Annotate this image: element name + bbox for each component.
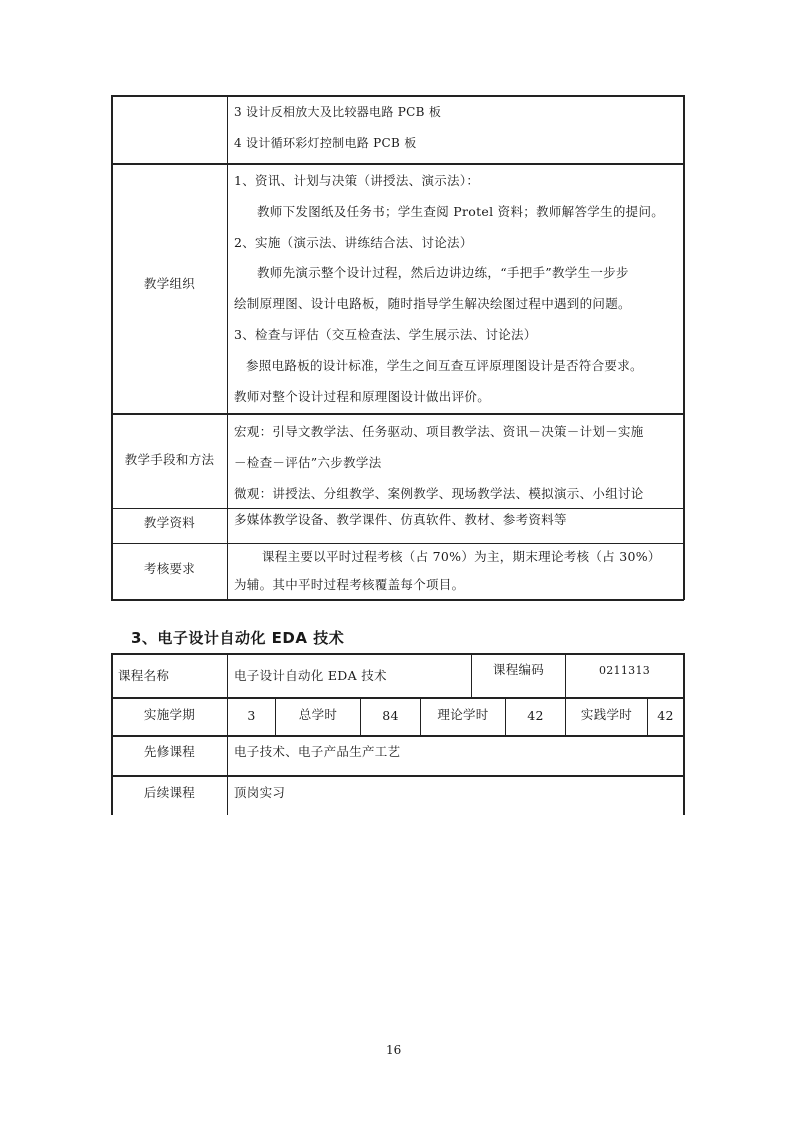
table-cell-text: 3、检查与评估（交互检查法、学生展示法、讨论法） bbox=[234, 328, 537, 342]
table1-border-right bbox=[683, 95, 685, 600]
course-name-value: 电子设计自动化 EDA 技术 bbox=[234, 669, 387, 683]
table-cell-text: 宏观：引导文教学法、任务驱动、项目教学法、资讯－决策－计划－实施 bbox=[234, 425, 644, 439]
total-hours-value: 84 bbox=[361, 709, 420, 723]
table-cell-text: 绘制原理图、设计电路板，随时指导学生解决绘图过程中遇到的问题。 bbox=[234, 297, 631, 311]
theory-hours-label: 理论学时 bbox=[421, 708, 505, 722]
course-code-label: 课程编码 bbox=[472, 663, 565, 677]
followup-label: 后续课程 bbox=[112, 786, 227, 800]
table-cell-text: 为辅。其中平时过程考核覆盖每个项目。 bbox=[234, 578, 464, 592]
table2-border-top bbox=[111, 653, 684, 655]
table2-row-divider bbox=[111, 697, 684, 699]
semester-value: 3 bbox=[228, 709, 275, 723]
course-code-value: 0211313 bbox=[566, 664, 683, 678]
prereq-value: 电子技术、电子产品生产工艺 bbox=[234, 745, 400, 759]
table1-row-divider bbox=[111, 543, 684, 544]
prereq-label: 先修课程 bbox=[112, 745, 227, 759]
table-cell-text: 课程主要以平时过程考核（占 70%）为主，期末理论考核（占 30%） bbox=[262, 550, 661, 564]
table1-border-bottom bbox=[111, 599, 684, 601]
table-cell-text: 多媒体教学设备、教学课件、仿真软件、教材、参考资料等 bbox=[234, 513, 567, 527]
table-cell-text: 参照电路板的设计标准，学生之间互查互评原理图设计是否符合要求。 bbox=[246, 359, 643, 373]
table-cell-text: 教师下发图纸及任务书；学生查阅 Protel 资料；教师解答学生的提问。 bbox=[257, 205, 664, 219]
table-cell-text: 微观：讲授法、分组教学、案例教学、现场教学法、模拟演示、小组讨论 bbox=[234, 487, 644, 501]
row-label-assessment: 考核要求 bbox=[112, 562, 227, 576]
table2-row-divider bbox=[111, 775, 684, 777]
row-label-teaching-organization: 教学组织 bbox=[112, 277, 227, 291]
table-cell-text: 教师先演示整个设计过程，然后边讲边练，“手把手”教学生一步步 bbox=[257, 266, 629, 280]
row-label-teaching-methods: 教学手段和方法 bbox=[112, 453, 227, 467]
table1-col-divider bbox=[227, 95, 228, 600]
page-number: 16 bbox=[386, 1043, 401, 1057]
table1-border-top bbox=[111, 95, 684, 97]
table1-row-divider bbox=[111, 163, 684, 165]
total-hours-label: 总学时 bbox=[276, 708, 360, 722]
semester-label: 实施学期 bbox=[112, 708, 227, 722]
table-cell-text: 1、资讯、计划与决策（讲授法、演示法）： bbox=[234, 174, 479, 188]
table1-row-divider bbox=[111, 413, 684, 415]
practice-hours-label: 实践学时 bbox=[566, 708, 647, 722]
table-cell-text: 教师对整个设计过程和原理图设计做出评价。 bbox=[234, 390, 490, 404]
theory-hours-value: 42 bbox=[506, 709, 565, 723]
course-name-label: 课程名称 bbox=[118, 669, 169, 683]
table2-col-divider bbox=[227, 653, 228, 815]
table-cell-text: 4 设计循环彩灯控制电路 PCB 板 bbox=[234, 136, 417, 150]
table2-row-divider bbox=[111, 735, 684, 737]
table2-border-right bbox=[683, 653, 685, 815]
practice-hours-value: 42 bbox=[648, 709, 683, 723]
table-cell-text: －检查－评估”六步教学法 bbox=[234, 456, 382, 470]
table-cell-text: 2、实施（演示法、讲练结合法、讨论法） bbox=[234, 236, 473, 250]
table-cell-text: 3 设计反相放大及比较器电路 PCB 板 bbox=[234, 105, 441, 119]
row-label-teaching-materials: 教学资料 bbox=[112, 516, 227, 530]
section-heading: 3、电子设计自动化 EDA 技术 bbox=[131, 627, 344, 648]
followup-value: 顶岗实习 bbox=[234, 786, 285, 800]
table1-row-divider bbox=[111, 508, 684, 509]
